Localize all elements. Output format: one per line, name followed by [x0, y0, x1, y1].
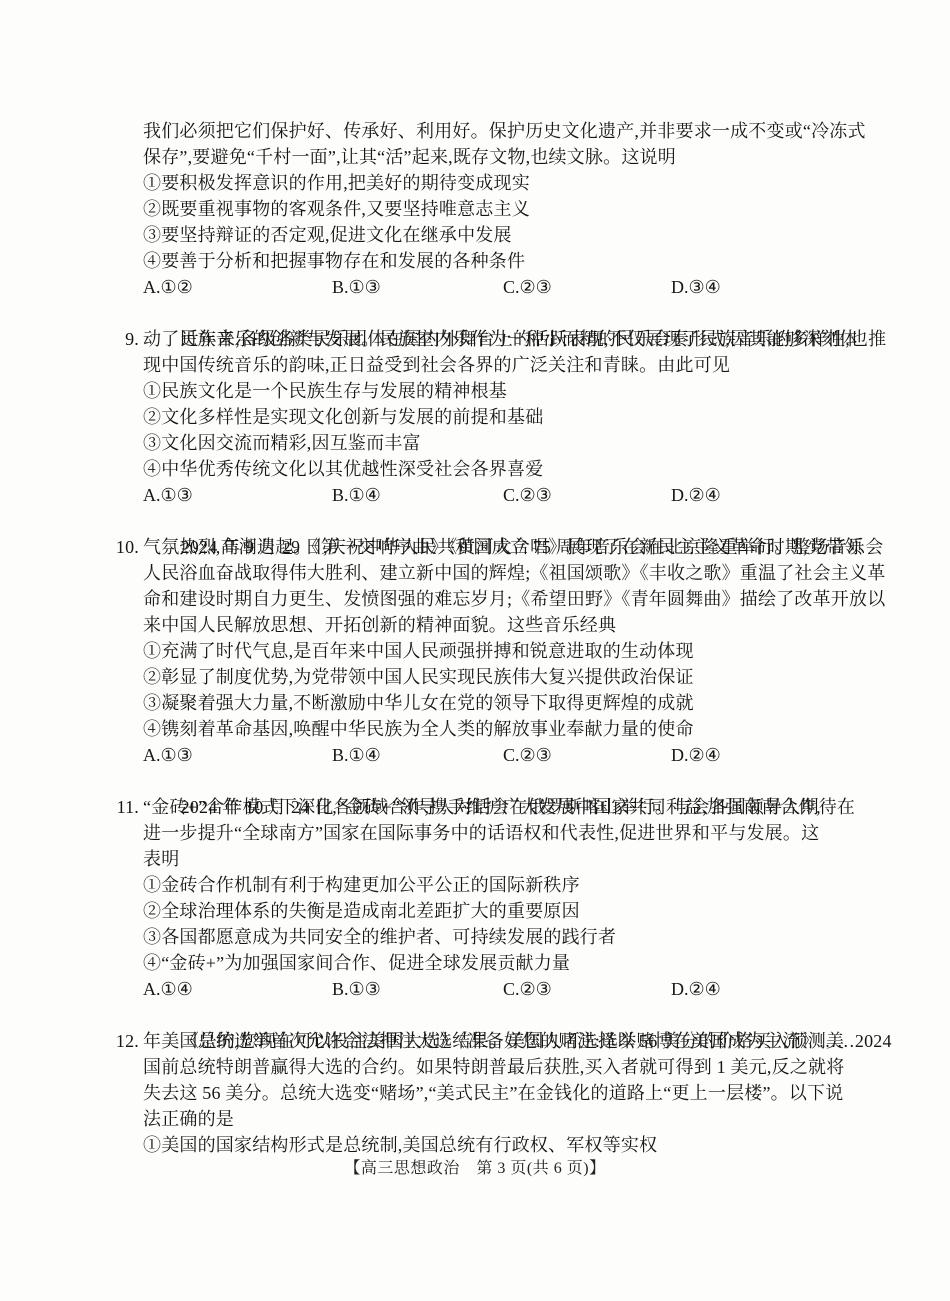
question-line: 年美国总统选举首次允许合法押注大选结果。美国人可选择以 56 美分的价格买入预测… — [143, 1028, 890, 1054]
answer-option-a: A.①③ — [143, 482, 332, 508]
question-line: “金砖+”合作模式下深化各领域合作,携手维护广大发展中国家共同利益,加强南南合作… — [143, 794, 890, 820]
answer-row: A.①③ B.①④ C.②③ D.②④ — [143, 742, 890, 768]
answer-option-a: A.①③ — [143, 742, 332, 768]
answer-option-c: C.②③ — [503, 976, 671, 1002]
answer-option-a: A.①② — [143, 274, 332, 300]
exam-page: 我们必须把它们保护好、传承好、利用好。保护历史文化遗产,并非要求一成不变或“冷冻… — [0, 0, 950, 1301]
answer-option-d: D.③④ — [671, 274, 890, 300]
question-number: 11. — [117, 794, 139, 820]
answer-option-b: B.①④ — [332, 482, 503, 508]
answer-option-c: C.②③ — [503, 274, 671, 300]
choice-line: ①要积极发挥意识的作用,把美好的期待变成现实 — [143, 170, 890, 196]
choice-line: ④要善于分析和把握事物存在和发展的各种条件 — [143, 248, 890, 274]
answer-option-d: D.②④ — [671, 742, 890, 768]
question-line: 进一步提升“全球南方”国家在国际事务中的话语权和代表性,促进世界和平与发展。这 — [143, 820, 890, 846]
choice-line: ②文化多样性是实现文化创新与发展的前提和基础 — [143, 404, 890, 430]
question-line: 12.《是的,您现在可以投注美国大选》《准备好您的赌注:选举赌博在美国成为主流》… — [143, 1002, 890, 1028]
question-11: 11.2024 年 10 月 24 日,“金砖+”领导人对话会在俄罗斯喀山举行。… — [143, 768, 890, 1002]
choice-line: ③各国都愿意成为共同安全的维护者、可持续发展的践行者 — [143, 924, 890, 950]
question-number: 9. — [125, 326, 139, 352]
answer-option-c: C.②③ — [503, 742, 671, 768]
choice-line: ①金砖合作机制有利于构建更加公平公正的国际新秩序 — [143, 872, 890, 898]
choice-line: ②既要重视事物的客观条件,又要坚持唯意志主义 — [143, 196, 890, 222]
question-line: 11.2024 年 10 月 24 日,“金砖+”领导人对话会在俄罗斯喀山举行。… — [143, 768, 890, 794]
answer-option-b: B.①③ — [332, 976, 503, 1002]
answer-row: A.①③ B.①④ C.②③ D.②④ — [143, 482, 890, 508]
answer-row: A.①④ B.①③ C.②③ D.②④ — [143, 976, 890, 1002]
answer-option-b: B.①③ — [332, 274, 503, 300]
question-line: 法正确的是 — [143, 1106, 890, 1132]
question-number: 10. — [116, 534, 139, 560]
answer-option-c: C.②③ — [503, 482, 671, 508]
answer-option-a: A.①④ — [143, 976, 332, 1002]
question-line: 10.2024 年 9 月 29 日,庆祝中华人民共和国成立 75 周年音乐会在… — [143, 508, 890, 534]
question-line: 人民浴血奋战取得伟大胜利、建立新中国的辉煌;《祖国颂歌》《丰收之歌》重温了社会主… — [143, 560, 890, 586]
question-line: 来中国人民解放思想、开拓创新的精神面貌。这些音乐经典 — [143, 612, 890, 638]
question-9: 9.近年来,各级各类民乐团体在国内外舞台上的活跃表现,不仅展现了民族音乐的多样性… — [143, 300, 890, 508]
question-line: 我们必须把它们保护好、传承好、利用好。保护历史文化遗产,并非要求一成不变或“冷冻… — [143, 118, 890, 144]
page-footer: 【高三思想政治 第 3 页(共 6 页)】 — [0, 1156, 950, 1182]
choice-line: ④中华优秀传统文化以其优越性深受社会各界喜爱 — [143, 456, 890, 482]
question-line: 命和建设时期自力更生、发愤图强的难忘岁月;《希望田野》《青年圆舞曲》描绘了改革开… — [143, 586, 890, 612]
choice-line: ①充满了时代气息,是百年来中国人民顽强拼搏和锐意进取的生动体现 — [143, 638, 890, 664]
choice-line: ②彰显了制度优势,为党带领中国人民实现民族伟大复兴提供政治保证 — [143, 664, 890, 690]
choice-line: ③要坚持辩证的否定观,促进文化在继承中发展 — [143, 222, 890, 248]
question-line: 国前总统特朗普赢得大选的合约。如果特朗普最后获胜,买入者就可得到 1 美元,反之… — [143, 1054, 890, 1080]
question-10: 10.2024 年 9 月 29 日,庆祝中华人民共和国成立 75 周年音乐会在… — [143, 508, 890, 768]
answer-option-d: D.②④ — [671, 482, 890, 508]
exam-content: 我们必须把它们保护好、传承好、利用好。保护历史文化遗产,并非要求一成不变或“冷冻… — [143, 118, 890, 1158]
choice-line: ②全球治理体系的失衡是造成南北差距扩大的重要原因 — [143, 898, 890, 924]
question-line: 保存”,要避免“千村一面”,让其“活”起来,既存文物,也续文脉。这说明 — [143, 144, 890, 170]
question-line: 动了民族音乐的创新与发展。民族室内乐作为一种小而精的民乐合奏形式,因其能够深刻体 — [143, 326, 890, 352]
choice-line: ③凝聚着强大力量,不断激励中华儿女在党的领导下取得更辉煌的成就 — [143, 690, 890, 716]
question-number: 12. — [116, 1028, 139, 1054]
question-line: 现中国传统音乐的韵味,正日益受到社会各界的广泛关注和青睐。由此可见 — [143, 352, 890, 378]
question-line: 9.近年来,各级各类民乐团体在国内外舞台上的活跃表现,不仅展现了民族音乐的多样性… — [143, 300, 890, 326]
choice-line: ④镌刻着革命基因,唤醒中华民族为全人类的解放事业奉献力量的使命 — [143, 716, 890, 742]
question-line: 失去这 56 美分。总统大选变“赌场”,“美式民主”在金钱化的道路上“更上一层楼… — [143, 1080, 890, 1106]
choice-line: ④“金砖+”为加强国家间合作、促进全球发展贡献力量 — [143, 950, 890, 976]
question-line: 气氛热烈,高潮迭起。《第一交响序曲》《黄河大合唱》展现了在新民主主义革命时期,党… — [143, 534, 890, 560]
answer-option-b: B.①④ — [332, 742, 503, 768]
choice-line: ①民族文化是一个民族生存与发展的精神根基 — [143, 378, 890, 404]
choice-line: ③文化因交流而精彩,因互鉴而丰富 — [143, 430, 890, 456]
answer-row: A.①② B.①③ C.②③ D.③④ — [143, 274, 890, 300]
question-8-continuation: 我们必须把它们保护好、传承好、利用好。保护历史文化遗产,并非要求一成不变或“冷冻… — [143, 118, 890, 300]
question-line: 表明 — [143, 846, 890, 872]
question-12: 12.《是的,您现在可以投注美国大选》《准备好您的赌注:选举赌博在美国成为主流》… — [143, 1002, 890, 1158]
choice-line: ①美国的国家结构形式是总统制,美国总统有行政权、军权等实权 — [143, 1132, 890, 1158]
answer-option-d: D.②④ — [671, 976, 890, 1002]
